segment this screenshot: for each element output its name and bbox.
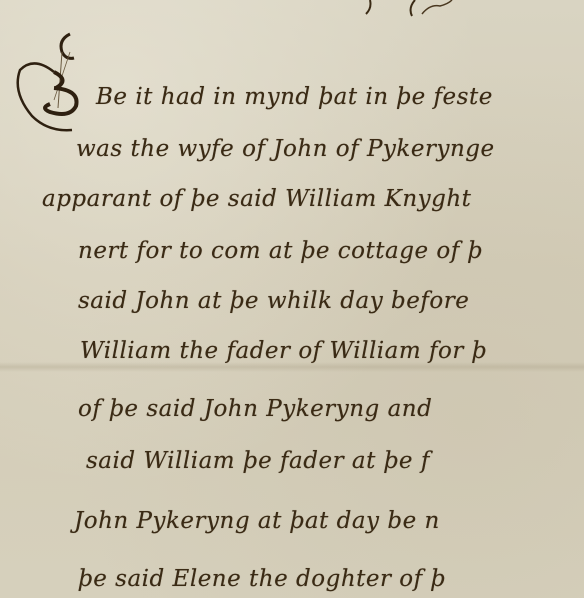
manuscript-line-8: said William þe fader at þe f <box>86 448 430 474</box>
manuscript-line-5: said John at þe whilk day before <box>78 288 469 314</box>
manuscript-line-1: Be it had in mynd þat in þe feste <box>96 84 493 110</box>
decorated-initial-b <box>14 30 84 140</box>
manuscript-page: Be it had in mynd þat in þe feste was th… <box>0 0 584 598</box>
manuscript-line-3: apparant of þe said William Knyght <box>42 186 471 212</box>
ink-flourish-top <box>360 0 460 22</box>
manuscript-line-7: of þe said John Pykeryng and <box>78 396 432 422</box>
manuscript-line-6: William the fader of William for þ <box>80 338 487 364</box>
manuscript-line-4: nert for to com at þe cottage of þ <box>78 238 483 264</box>
manuscript-line-9: John Pykeryng at þat day be n <box>74 508 440 534</box>
manuscript-line-2: was the wyfe of John of Pykerynge <box>76 136 495 162</box>
manuscript-line-10: þe said Elene the doghter of þ <box>78 566 446 592</box>
